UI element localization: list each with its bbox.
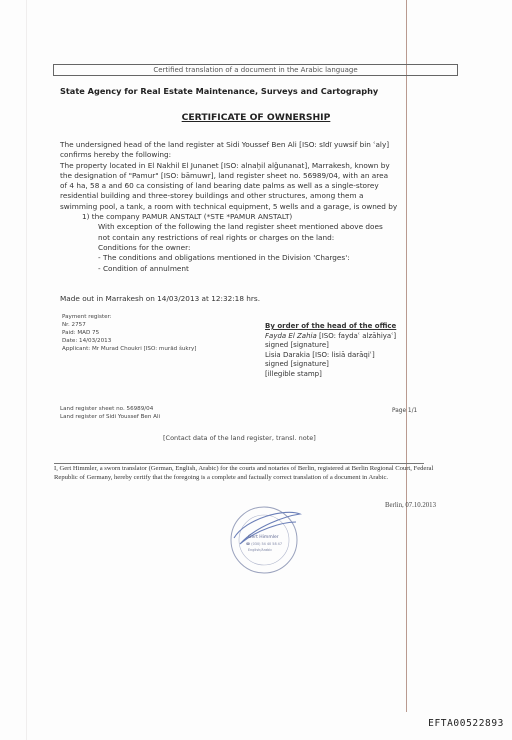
document-id: EFTA00522893 [428, 718, 504, 729]
register-name: Land register of Sidi Youssef Ben Ali [60, 413, 160, 421]
signatory-1: Fayda El Zahia [ISO: faydaʿ alzāhiyaʿ] [265, 332, 396, 342]
signed-2: signed [signature] [265, 360, 396, 370]
conditions-line: With exception of the following the land… [60, 222, 470, 232]
certificate-title: CERTIFICATE OF OWNERSHIP [0, 112, 512, 123]
signatory-1-iso: [ISO: faydaʿ alzāhiyaʿ] [317, 332, 396, 340]
stamp-note: [illegible stamp] [265, 370, 396, 380]
certificate-body: The undersigned head of the land registe… [60, 140, 470, 274]
body-line: of 4 ha, 58 a and 60 ca consisting of la… [60, 181, 470, 191]
payment-paid: Paid: MAD 75 [62, 329, 196, 337]
certification-date: Berlin, 07.10.2013 [385, 502, 436, 509]
conditions-line: Conditions for the owner: [60, 243, 470, 253]
translator-stamp-icon: Gert Himmler ☎ (030) 54 40 58 47 English… [226, 500, 302, 576]
body-line: The property located in El Nakhil El Jun… [60, 161, 470, 171]
divider [54, 463, 424, 464]
owner-line: 1) the company PAMUR ANSTALT (*STE *PAMU… [60, 212, 470, 222]
margin-line [406, 0, 407, 712]
body-line: swimming pool, a tank, a room with techn… [60, 202, 470, 212]
body-line: confirms hereby the following: [60, 150, 470, 160]
signed-1: signed [signature] [265, 341, 396, 351]
agency-name: State Agency for Real Estate Maintenance… [60, 86, 378, 96]
stamp-lang: English/Arabic [248, 548, 272, 552]
signature-block: By order of the head of the office Fayda… [265, 322, 396, 380]
sheet-number: Land register sheet no. 56989/04 [60, 405, 160, 413]
body-line: residential building and three-storey bu… [60, 191, 470, 201]
made-out-line: Made out in Marrakesh on 14/03/2013 at 1… [60, 294, 260, 303]
stamp-name: Gert Himmler [248, 534, 279, 540]
payment-number: Nr. 2757 [62, 321, 196, 329]
signatory-1-name: Fayda El Zahia [265, 332, 317, 340]
payment-date: Date: 14/03/2013 [62, 337, 196, 345]
contact-note: [Contact data of the land register, tran… [163, 434, 316, 442]
payment-label: Payment register: [62, 313, 196, 321]
stamp-phone: ☎ (030) 54 40 58 47 [246, 542, 282, 546]
conditions-line: not contain any restrictions of real rig… [60, 233, 470, 243]
signature-heading: By order of the head of the office [265, 322, 396, 332]
translator-certification: I, Gert Himmler, a sworn translator (Ger… [54, 465, 454, 482]
left-scan-edge [26, 0, 27, 740]
page-number: Page 1/1 [392, 408, 417, 414]
translation-header-box: Certified translation of a document in t… [53, 64, 458, 76]
payment-register: Payment register: Nr. 2757 Paid: MAD 75 … [62, 313, 196, 353]
conditions-line: - Condition of annulment [60, 264, 470, 274]
sheet-info: Land register sheet no. 56989/04 Land re… [60, 405, 160, 421]
conditions-line: - The conditions and obligations mention… [60, 253, 470, 263]
payment-applicant: Applicant: Mr Murad Choukri [ISO: murād … [62, 345, 196, 353]
body-line: The undersigned head of the land registe… [60, 140, 470, 150]
document-page: Certified translation of a document in t… [0, 0, 512, 740]
signatory-2: Lisia Darakia [ISO: lisiā darāqiʿ] [265, 351, 396, 361]
body-line: the designation of "Pamur" [ISO: bāmuwr]… [60, 171, 470, 181]
